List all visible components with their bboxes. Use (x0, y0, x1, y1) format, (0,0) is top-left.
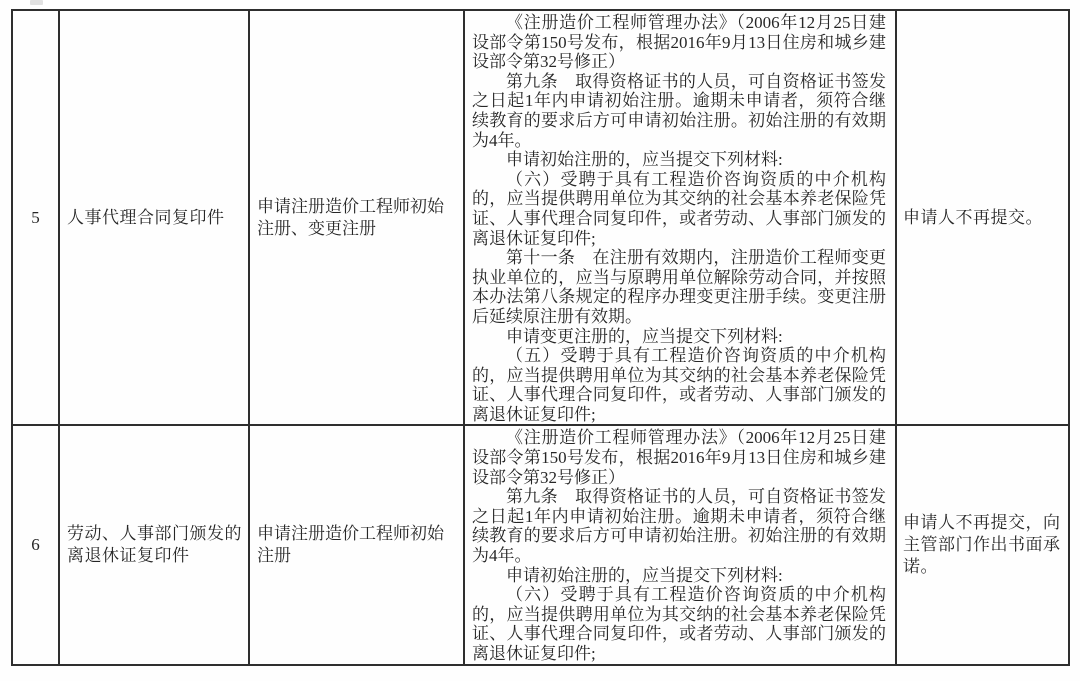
material-name: 劳动、人事部门颁发的离退休证复印件 (67, 524, 242, 565)
table-row: 5 人事代理合同复印件 申请注册造价工程师初始注册、变更注册 《注册造价工程师管… (12, 10, 1069, 425)
scanned-document-page: 5 人事代理合同复印件 申请注册造价工程师初始注册、变更注册 《注册造价工程师管… (0, 0, 1080, 681)
note-text: 申请人不再提交。 (903, 208, 1043, 227)
table-row: 6 劳动、人事部门颁发的离退休证复印件 申请注册造价工程师初始注册 《注册造价工… (12, 425, 1069, 664)
basis-paragraph: 申请初始注册的，应当提交下列材料: (472, 150, 886, 170)
purpose-text: 申请注册造价工程师初始注册、变更注册 (257, 197, 444, 238)
purpose-text: 申请注册造价工程师初始注册 (257, 524, 444, 565)
material-name-cell: 人事代理合同复印件 (59, 10, 249, 425)
note-cell: 申请人不再提交。 (896, 10, 1069, 425)
note-text: 申请人不再提交，向主管部门作出书面承诺。 (903, 513, 1061, 576)
material-name-cell: 劳动、人事部门颁发的离退休证复印件 (59, 425, 249, 664)
row-number-cell: 5 (12, 10, 59, 425)
material-name: 人事代理合同复印件 (67, 208, 225, 227)
materials-table: 5 人事代理合同复印件 申请注册造价工程师初始注册、变更注册 《注册造价工程师管… (11, 9, 1070, 666)
basis-paragraph: （六）受聘于具有工程造价咨询资质的中介机构的，应当提供聘用单位为其交纳的社会基本… (472, 585, 886, 663)
basis-paragraph: （五）受聘于具有工程造价咨询资质的中介机构的，应当提供聘用单位为其交纳的社会基本… (472, 346, 886, 424)
purpose-cell: 申请注册造价工程师初始注册、变更注册 (249, 10, 464, 425)
row-number: 5 (31, 208, 40, 227)
row-number-cell: 6 (12, 425, 59, 664)
basis-paragraph: （六）受聘于具有工程造价咨询资质的中介机构的，应当提供聘用单位为其交纳的社会基本… (472, 170, 886, 248)
basis-paragraph: 申请初始注册的，应当提交下列材料: (472, 566, 886, 586)
legal-basis-cell: 《注册造价工程师管理办法》（2006年12月25日建设部令第150号发布，根据2… (464, 425, 896, 664)
row-number: 6 (31, 535, 40, 554)
basis-paragraph: 第九条 取得资格证书的人员，可自资格证书签发之日起1年内申请初始注册。逾期未申请… (472, 487, 886, 565)
basis-paragraph: 申请变更注册的，应当提交下列材料: (472, 327, 886, 347)
basis-paragraph: 第九条 取得资格证书的人员，可自资格证书签发之日起1年内申请初始注册。逾期未申请… (472, 72, 886, 150)
note-cell: 申请人不再提交，向主管部门作出书面承诺。 (896, 425, 1069, 664)
basis-paragraph: 第十一条 在注册有效期内，注册造价工程师变更执业单位的，应当与原聘用单位解除劳动… (472, 248, 886, 326)
scan-artifact (30, 0, 43, 5)
basis-paragraph: 《注册造价工程师管理办法》（2006年12月25日建设部令第150号发布，根据2… (472, 13, 886, 72)
basis-paragraph: 《注册造价工程师管理办法》（2006年12月25日建设部令第150号发布，根据2… (472, 428, 886, 487)
purpose-cell: 申请注册造价工程师初始注册 (249, 425, 464, 664)
legal-basis-cell: 《注册造价工程师管理办法》（2006年12月25日建设部令第150号发布，根据2… (464, 10, 896, 425)
